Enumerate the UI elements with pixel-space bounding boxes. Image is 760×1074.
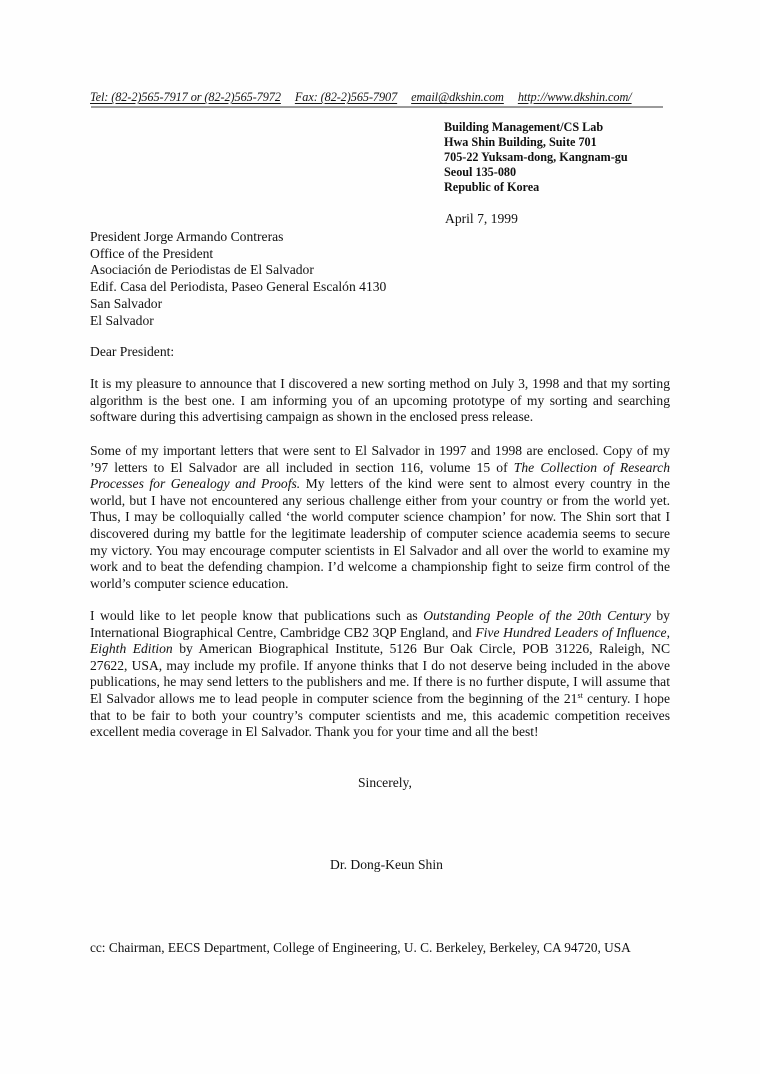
sender-address: Building Management/CS Lab Hwa Shin Buil… <box>444 120 628 195</box>
recipient-address-line: President Jorge Armando Contreras <box>90 229 386 246</box>
signature-name: Dr. Dong-Keun Shin <box>330 857 443 873</box>
recipient-address-line: El Salvador <box>90 313 386 330</box>
recipient-address-line: Edif. Casa del Periodista, Paseo General… <box>90 279 386 296</box>
sender-address-line: 705-22 Yuksam-dong, Kangnam-gu <box>444 150 628 165</box>
sender-address-line: Republic of Korea <box>444 180 628 195</box>
sender-address-line: Seoul 135-080 <box>444 165 628 180</box>
carbon-copy-line: cc: Chairman, EECS Department, College o… <box>90 940 631 956</box>
publication-title: Outstanding People of the 20th Century <box>423 608 651 623</box>
letterhead-contact-line: Tel: (82-2)565-7917 or (82-2)565-7972Fax… <box>90 90 663 105</box>
recipient-address-line: Asociación de Periodistas de El Salvador <box>90 262 386 279</box>
body-paragraph-3: I would like to let people know that pub… <box>90 608 670 741</box>
publication-edition: Eighth Edition <box>90 641 173 656</box>
email-address: email@dkshin.com <box>411 90 504 104</box>
body-paragraph-1: It is my pleasure to announce that I dis… <box>90 376 670 426</box>
fax-number: Fax: (82-2)565-7907 <box>295 90 397 104</box>
recipient-address: President Jorge Armando Contreras Office… <box>90 229 386 329</box>
closing: Sincerely, <box>358 775 412 791</box>
publication-title: Five Hundred Leaders of Influence <box>475 625 666 640</box>
recipient-address-line: Office of the President <box>90 246 386 263</box>
salutation: Dear President: <box>90 344 174 360</box>
paragraph-text: My letters of the kind were sent to almo… <box>90 476 670 591</box>
letterhead-rule <box>91 106 663 108</box>
paragraph-text: , <box>667 625 670 640</box>
recipient-address-line: San Salvador <box>90 296 386 313</box>
telephone-numbers: Tel: (82-2)565-7917 or (82-2)565-7972 <box>90 90 281 104</box>
website-url: http://www.dkshin.com/ <box>518 90 632 104</box>
body-paragraph-2: Some of my important letters that were s… <box>90 443 670 592</box>
letter-date: April 7, 1999 <box>445 211 518 227</box>
sender-address-line: Building Management/CS Lab <box>444 120 628 135</box>
letter-page: Tel: (82-2)565-7917 or (82-2)565-7972Fax… <box>0 0 760 1074</box>
paragraph-text: I would like to let people know that pub… <box>90 608 423 623</box>
sender-address-line: Hwa Shin Building, Suite 701 <box>444 135 628 150</box>
